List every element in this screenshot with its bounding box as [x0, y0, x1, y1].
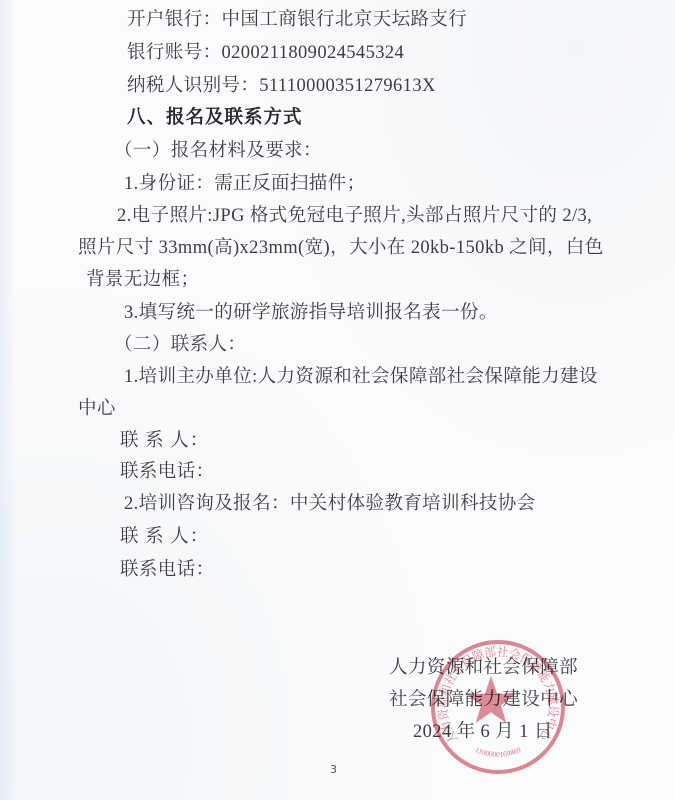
- section-heading: 八、报名及联系方式: [127, 108, 303, 128]
- bank-name-line: 开户银行：中国工商银行北京天坛路支行: [127, 10, 467, 30]
- taxpayer-id-line: 纳税人识别号：51110000351279613X: [127, 76, 436, 96]
- contact-phone-label-1: 联系电话：: [120, 462, 215, 482]
- item-photo-line2: 照片尺寸 33mm(高)x23mm(宽)，大小在 20kb-150kb 之间，白…: [78, 238, 604, 258]
- organizer-line2: 中心: [78, 399, 116, 419]
- contact-person-label-2: 联 系 人：: [120, 527, 209, 547]
- item-id-card: 1.身份证：需正反面扫描件；: [124, 174, 365, 194]
- bank-account-line: 银行账号：0200211809024545324: [127, 43, 404, 63]
- consultation-org-line: 2.培训咨询及报名：中关村体验教育培训科技协会: [124, 494, 536, 514]
- subsection-materials: （一）报名材料及要求：: [114, 141, 322, 161]
- contact-person-label-1: 联 系 人：: [120, 431, 209, 451]
- page-number: 3: [330, 763, 337, 776]
- item-form: 3.填写统一的研学旅游指导培训报名表一份。: [124, 303, 498, 323]
- seal-serial-holder: 1100000169869: [474, 745, 523, 759]
- scanned-document-page: 开户银行：中国工商银行北京天坛路支行 银行账号：0200211809024545…: [0, 0, 675, 800]
- item-photo-line3: 背景无边框；: [86, 270, 199, 290]
- signature-org-line1: 人力资源和社会保障部: [389, 658, 578, 678]
- item-photo-line1: 2.电子照片:JPG 格式免冠电子照片,头部占照片尺寸的 2/3,: [117, 206, 592, 226]
- organizer-line1: 1.培训主办单位:人力资源和社会保障部社会保障能力建设: [124, 367, 598, 387]
- subsection-contacts: （二）联系人：: [114, 335, 246, 355]
- signature-org-line2: 社会保障能力建设中心: [389, 690, 578, 710]
- contact-phone-label-2: 联系电话：: [120, 560, 215, 580]
- seal-serial-number: 1100000169869: [474, 745, 523, 759]
- signature-date: 2024 年 6 月 1 日: [413, 722, 553, 742]
